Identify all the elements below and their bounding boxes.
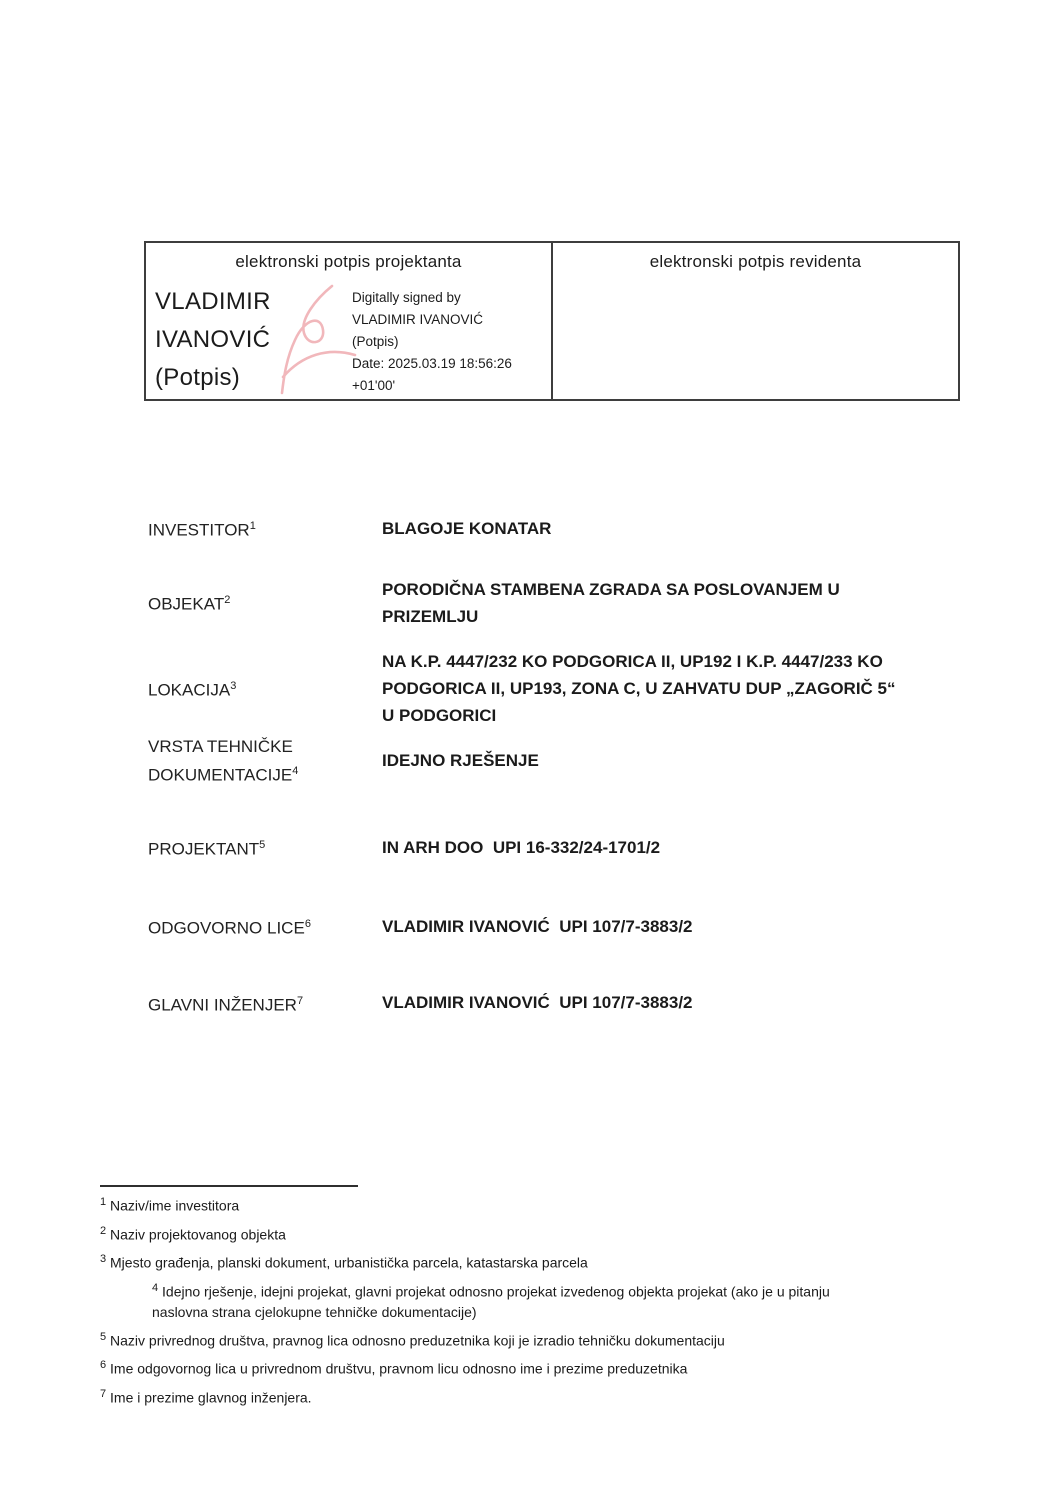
value-objekat: PORODIČNA STAMBENA ZGRADA SA POSLOVANJEM…: [382, 576, 960, 630]
footnote-separator: [100, 1185, 358, 1187]
signature-table: elektronski potpis projektanta VLADIMIR …: [144, 241, 960, 401]
footnote-text: Mjesto građenja, planski dokument, urban…: [110, 1255, 588, 1271]
value-investitor: BLAGOJE KONATAR: [382, 515, 960, 542]
form-row-odgovorno-lice: ODGOVORNO LICE6 VLADIMIR IVANOVIĆ UPI 10…: [148, 912, 960, 941]
footnote-text: Idejno rješenje, idejni projekat, glavni…: [152, 1284, 830, 1320]
footnote-text: Ime i prezime glavnog inženjera.: [110, 1390, 312, 1406]
project-info-form: INVESTITOR1 BLAGOJE KONATAR OBJEKAT2 POR…: [148, 514, 960, 1017]
form-row-investitor: INVESTITOR1 BLAGOJE KONATAR: [148, 514, 960, 543]
footnotes: 1 Naziv/ime investitora 2 Naziv projekto…: [100, 1192, 990, 1413]
footnote-6: 6 Ime odgovornog lica u privrednom društ…: [100, 1355, 990, 1379]
label-superscript: 3: [230, 680, 236, 692]
reviewer-signature-cell: elektronski potpis revidenta: [551, 243, 958, 399]
value-vrsta-dokumentacije: IDEJNO RJEŠENJE: [382, 747, 960, 774]
designer-signature-cell: elektronski potpis projektanta VLADIMIR …: [146, 243, 551, 399]
label-objekat: OBJEKAT2: [148, 588, 382, 617]
label-superscript: 5: [259, 839, 265, 851]
designer-signature-header: elektronski potpis projektanta: [146, 243, 551, 272]
footnote-3: 3 Mjesto građenja, planski dokument, urb…: [100, 1249, 990, 1273]
value-odgovorno-lice: VLADIMIR IVANOVIĆ UPI 107/7-3883/2: [382, 913, 960, 940]
footnote-4: 4 Idejno rješenje, idejni projekat, glav…: [152, 1278, 990, 1322]
footnote-superscript: 5: [100, 1331, 106, 1343]
form-row-projektant: PROJEKTANT5 IN ARH DOO UPI 16-332/24-170…: [148, 833, 960, 862]
signature-flourish-icon: [280, 283, 358, 397]
label-projektant: PROJEKTANT5: [148, 833, 382, 862]
form-row-glavni-inzenjer: GLAVNI INŽENJER7 VLADIMIR IVANOVIĆ UPI 1…: [148, 989, 960, 1018]
footnote-2: 2 Naziv projektovanog objekta: [100, 1221, 990, 1245]
footnote-text: Naziv/ime investitora: [110, 1198, 239, 1214]
label-text: LOKACIJA: [148, 680, 230, 699]
label-glavni-inzenjer: GLAVNI INŽENJER7: [148, 989, 382, 1018]
label-text: OBJEKAT: [148, 595, 224, 614]
label-vrsta-dokumentacije: VRSTA TEHNIČKE DOKUMENTACIJE4: [148, 734, 382, 788]
digital-signature-details: Digitally signed by VLADIMIR IVANOVIĆ (P…: [352, 287, 512, 397]
form-row-vrsta-dokumentacije: VRSTA TEHNIČKE DOKUMENTACIJE4 IDEJNO RJE…: [148, 734, 960, 788]
form-row-lokacija: LOKACIJA3 NA K.P. 4447/232 KO PODGORICA …: [148, 648, 960, 729]
footnote-superscript: 3: [100, 1253, 106, 1265]
footnote-text: Ime odgovornog lica u privrednom društvu…: [110, 1361, 687, 1377]
footnote-text: Naziv projektovanog objekta: [110, 1226, 286, 1242]
label-text: VRSTA TEHNIČKE DOKUMENTACIJE: [148, 737, 293, 785]
footnote-5: 5 Naziv privrednog društva, pravnog lica…: [100, 1327, 990, 1351]
footnote-superscript: 4: [152, 1282, 158, 1294]
label-odgovorno-lice: ODGOVORNO LICE6: [148, 912, 382, 941]
footnote-superscript: 1: [100, 1196, 106, 1208]
value-projektant: IN ARH DOO UPI 16-332/24-1701/2: [382, 834, 960, 861]
value-lokacija: NA K.P. 4447/232 KO PODGORICA II, UP192 …: [382, 648, 960, 729]
label-superscript: 1: [250, 520, 256, 532]
label-text: INVESTITOR: [148, 521, 250, 540]
label-lokacija: LOKACIJA3: [148, 674, 382, 703]
value-glavni-inzenjer: VLADIMIR IVANOVIĆ UPI 107/7-3883/2: [382, 989, 960, 1016]
footnote-superscript: 7: [100, 1388, 106, 1400]
label-superscript: 4: [292, 765, 298, 777]
label-superscript: 7: [297, 995, 303, 1007]
label-text: GLAVNI INŽENJER: [148, 995, 297, 1014]
footnote-text: Naziv privrednog društva, pravnog lica o…: [110, 1332, 725, 1348]
digital-signature-name[interactable]: VLADIMIR IVANOVIĆ (Potpis): [155, 283, 271, 397]
label-superscript: 2: [224, 594, 230, 606]
footnote-superscript: 2: [100, 1225, 106, 1237]
label-investitor: INVESTITOR1: [148, 514, 382, 543]
footnote-1: 1 Naziv/ime investitora: [100, 1192, 990, 1216]
label-superscript: 6: [305, 918, 311, 930]
form-row-objekat: OBJEKAT2 PORODIČNA STAMBENA ZGRADA SA PO…: [148, 576, 960, 630]
label-text: PROJEKTANT: [148, 840, 259, 859]
footnote-7: 7 Ime i prezime glavnog inženjera.: [100, 1384, 990, 1408]
footnote-superscript: 6: [100, 1359, 106, 1371]
label-text: ODGOVORNO LICE: [148, 919, 305, 938]
reviewer-signature-header: elektronski potpis revidenta: [553, 243, 958, 272]
